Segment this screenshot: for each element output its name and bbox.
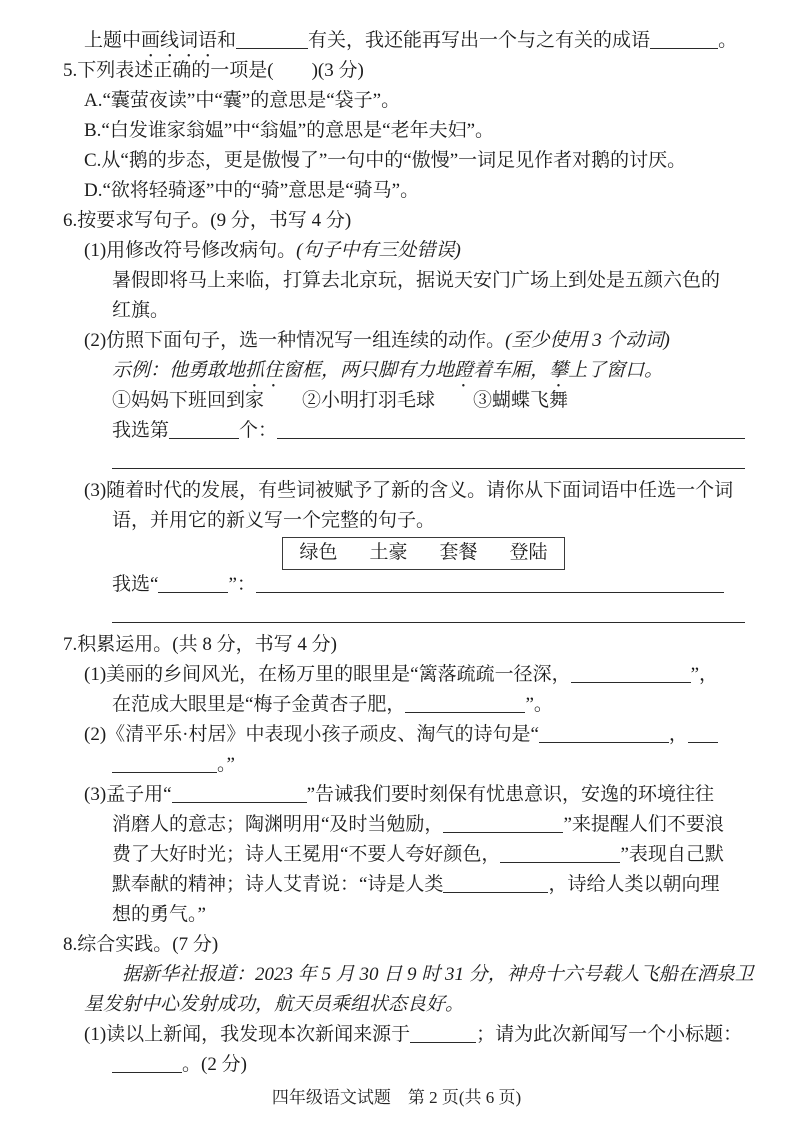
text-segment: ”来提醒人们不要浪 (563, 814, 723, 835)
q5-option-d: D.“欲将轻骑逐”中的“骑”意思是“骑马”。 (0, 176, 793, 206)
text-segment: 据新华社报道：2023 年 5 月 30 日 9 时 31 分，神舟十六号载人飞… (122, 964, 754, 985)
emphasized-verb: 抓住 (245, 360, 283, 381)
answer-blank (571, 679, 691, 683)
text-segment: C.从“鹅的步态，更是傲慢了”一句中的“傲慢”一词足见作者对鹅的讨厌。 (84, 150, 686, 171)
answer-blank (410, 1039, 476, 1043)
instruction-note: (句子中有三处错误) (296, 240, 461, 261)
text-segment: 我选第 (112, 420, 169, 441)
answer-blank (539, 739, 669, 743)
text-segment: 上题中 (84, 30, 141, 51)
answer-blank (158, 589, 228, 593)
footer-text: 四年级语文试题 第 2 页(共 6 页) (272, 1088, 521, 1107)
word-choices-row: 绿色土豪套餐登陆 (0, 536, 793, 570)
answer-blank (256, 589, 724, 593)
text-segment: 消磨人的意志；陶渊明用“及时当勉励， (112, 814, 443, 835)
q7-sub2-line2: 。” (0, 750, 793, 780)
text-segment: ①妈妈下班回到家 ②小明打羽毛球 ③蝴蝶飞舞 (112, 390, 568, 411)
text-segment: 红旗。 (112, 300, 169, 321)
word-choice: 登陆 (510, 542, 548, 563)
q5-option-a: A.“囊萤夜读”中“囊”的意思是“袋子”。 (0, 86, 793, 116)
q8-sub1-line1: (1)读以上新闻，我发现本次新闻来源于；请为此次新闻写一个小标题： (0, 1020, 793, 1050)
answer-blank (169, 435, 239, 439)
word-choice: 绿色 (299, 542, 337, 563)
q5-option-b: B.“白发谁家翁媪”中“翁媪”的意思是“老年夫妇”。 (0, 116, 793, 146)
q7-sub1-line2: 在范成大眼里是“梅子金黄杏子肥，”。 (0, 690, 793, 720)
q6-stem: 6.按要求写句子。(9 分，书写 4 分) (0, 206, 793, 236)
q6-sub1-sentence-2: 红旗。 (0, 296, 793, 326)
answer-blank (443, 829, 563, 833)
text-segment: ；请为此次新闻写一个小标题： (476, 1024, 742, 1045)
text-segment: 8.综合实践。(7 分) (63, 934, 218, 955)
text-segment: ”表现自己默 (620, 844, 723, 865)
text-segment: A.“囊萤夜读”中“囊”的意思是“袋子”。 (84, 90, 400, 111)
word-choices-box: 绿色土豪套餐登陆 (282, 537, 564, 570)
text-segment: ”告诫我们要时刻保有忧患意识，安逸的环境往往 (307, 784, 714, 805)
q6-sub1: (1)用修改符号修改病句。(句子中有三处错误) (0, 236, 793, 266)
q6-answer-line: 我选第个： (0, 416, 793, 446)
text-segment: B.“白发谁家翁媪”中“翁媪”的意思是“老年夫妇”。 (84, 120, 494, 141)
q4-continuation-line: 上题中画线词语和有关，我还能再写出一个与之有关的成语。 (0, 26, 793, 56)
text-segment: (2)《清平乐·村居》中表现小孩子顽皮、淘气的诗句是“ (84, 724, 539, 745)
text-segment: 在范成大眼里是“梅子金黄杏子肥， (112, 694, 405, 715)
text-segment: 上了窗口。 (568, 360, 663, 381)
text-segment: 着车厢， (473, 360, 549, 381)
text-segment: 和 (217, 30, 236, 51)
q7-sub3-line4: 默奉献的精神；诗人艾青说：“诗是人类，诗给人类以朝向理 (0, 870, 793, 900)
q6-sub1-sentence-1: 暑假即将马上来临，打算去北京玩，据说天安门广场上到处是五颜六色的 (0, 266, 793, 296)
answer-blank (650, 45, 718, 49)
text-segment: 默奉献的精神；诗人艾青说：“诗是人类 (112, 874, 443, 895)
q6-choices: ①妈妈下班回到家 ②小明打羽毛球 ③蝴蝶飞舞 (0, 386, 793, 416)
text-segment: D.“欲将轻骑逐”中的“骑”意思是“骑马”。 (84, 180, 419, 201)
answer-blank (443, 889, 548, 893)
answer-blank (277, 435, 745, 439)
text-segment: (3)随着时代的发展，有些词被赋予了新的含义。请你从下面词语中任选一个词 (84, 480, 733, 501)
text-segment: ”。 (525, 694, 552, 715)
text-segment: 我选“ (112, 574, 158, 595)
word-choice: 套餐 (440, 542, 478, 563)
text-segment: 暑假即将马上来临，打算去北京玩，据说天安门广场上到处是五颜六色的 (112, 270, 720, 291)
answer-blank (500, 859, 620, 863)
q8-stem: 8.综合实践。(7 分) (0, 930, 793, 960)
text-segment: 费了大好时光；诗人王冕用“不要人夸好颜色， (112, 844, 500, 865)
text-segment: (3)孟子用“ (84, 784, 172, 805)
q6-sub2: (2)仿照下面句子，选一种情况写一组连续的动作。(至少使用 3 个动词) (0, 326, 793, 356)
text-segment: 窗框，两只脚有力地 (283, 360, 454, 381)
q7-sub2-line1: (2)《清平乐·村居》中表现小孩子顽皮、淘气的诗句是“， (0, 720, 793, 750)
word-choice: 土豪 (369, 542, 407, 563)
q8-news-line1: 据新华社报道：2023 年 5 月 30 日 9 时 31 分，神舟十六号载人飞… (0, 960, 793, 990)
q6-writein-line-2 (0, 600, 793, 630)
answer-blank (688, 739, 718, 743)
answer-blank (112, 769, 217, 773)
text-segment: 语，并用它的新义写一个完整的句子。 (112, 510, 435, 531)
answer-blank (405, 709, 525, 713)
text-segment: 。 (718, 30, 737, 51)
text-segment: 有关，我还能再写出一个与之有关的成语 (308, 30, 650, 51)
q7-stem: 7.积累运用。(共 8 分，书写 4 分) (0, 630, 793, 660)
text-segment: ，诗给人类以朝向理 (548, 874, 719, 895)
q6-example-sentence: 示例：他勇敢地抓住窗框，两只脚有力地蹬着车厢，攀上了窗口。 (0, 356, 793, 386)
q6-writein-line (0, 446, 793, 476)
text-segment: (1)用修改符号修改病句。 (84, 240, 296, 261)
answer-blank (112, 465, 745, 469)
text-segment: 。” (217, 754, 235, 775)
answer-blank (112, 619, 745, 623)
text-segment: ”： (228, 574, 255, 595)
q5-option-c: C.从“鹅的步态，更是傲慢了”一句中的“傲慢”一词足见作者对鹅的讨厌。 (0, 146, 793, 176)
answer-blank (236, 45, 308, 49)
exam-content: 上题中画线词语和有关，我还能再写出一个与之有关的成语。 5.下列表述正确的一项是… (0, 0, 793, 1110)
q8-sub1-line2: 。(2 分) (0, 1050, 793, 1080)
q7-sub3-line2: 消磨人的意志；陶渊明用“及时当勉励，”来提醒人们不要浪 (0, 810, 793, 840)
text-segment: ”， (691, 664, 718, 685)
text-segment: (1)美丽的乡间风光，在杨万里的眼里是“篱落疏疏一径深， (84, 664, 571, 685)
q6-sub3-2: 语，并用它的新义写一个完整的句子。 (0, 506, 793, 536)
q7-sub3-line3: 费了大好时光；诗人王冕用“不要人夸好颜色，”表现自己默 (0, 840, 793, 870)
text-segment: (2)仿照下面句子，选一种情况写一组连续的动作。 (84, 330, 505, 351)
q7-sub1-line1: (1)美丽的乡间风光，在杨万里的眼里是“篱落疏疏一径深，”， (0, 660, 793, 690)
answer-blank (172, 799, 307, 803)
text-segment: 个： (239, 420, 277, 441)
q6-answer-line-2: 我选“”： (0, 570, 793, 600)
emphasized-words: 画线词语 (141, 30, 217, 51)
text-segment: 6.按要求写句子。(9 分，书写 4 分) (63, 210, 351, 231)
q5-stem: 5.下列表述正确的一项是( )(3 分) (0, 56, 793, 86)
page-footer: 四年级语文试题 第 2 页(共 6 页) (0, 1086, 793, 1110)
text-segment: 示例：他勇敢地 (112, 360, 245, 381)
text-segment: 星发射中心发射成功，航天员乘组状态良好。 (84, 994, 464, 1015)
emphasized-verb: 攀 (549, 360, 568, 381)
emphasized-verb: 蹬 (454, 360, 473, 381)
text-segment: 7.积累运用。(共 8 分，书写 4 分) (63, 634, 337, 655)
instruction-note: (至少使用 3 个动词) (505, 330, 670, 351)
text-segment: 5.下列表述正确的一项是( )(3 分) (63, 60, 364, 81)
q8-news-line2: 星发射中心发射成功，航天员乘组状态良好。 (0, 990, 793, 1020)
answer-blank (112, 1069, 182, 1073)
q6-sub3-1: (3)随着时代的发展，有些词被赋予了新的含义。请你从下面词语中任选一个词 (0, 476, 793, 506)
text-segment: (1)读以上新闻，我发现本次新闻来源于 (84, 1024, 410, 1045)
q7-sub3-line5: 想的勇气。” (0, 900, 793, 930)
text-segment: ， (669, 724, 688, 745)
q7-sub3-line1: (3)孟子用“”告诫我们要时刻保有忧患意识，安逸的环境往往 (0, 780, 793, 810)
text-segment: 。(2 分) (182, 1054, 247, 1075)
exam-page: 上题中画线词语和有关，我还能再写出一个与之有关的成语。 5.下列表述正确的一项是… (0, 0, 793, 1122)
text-segment: 想的勇气。” (112, 904, 206, 925)
